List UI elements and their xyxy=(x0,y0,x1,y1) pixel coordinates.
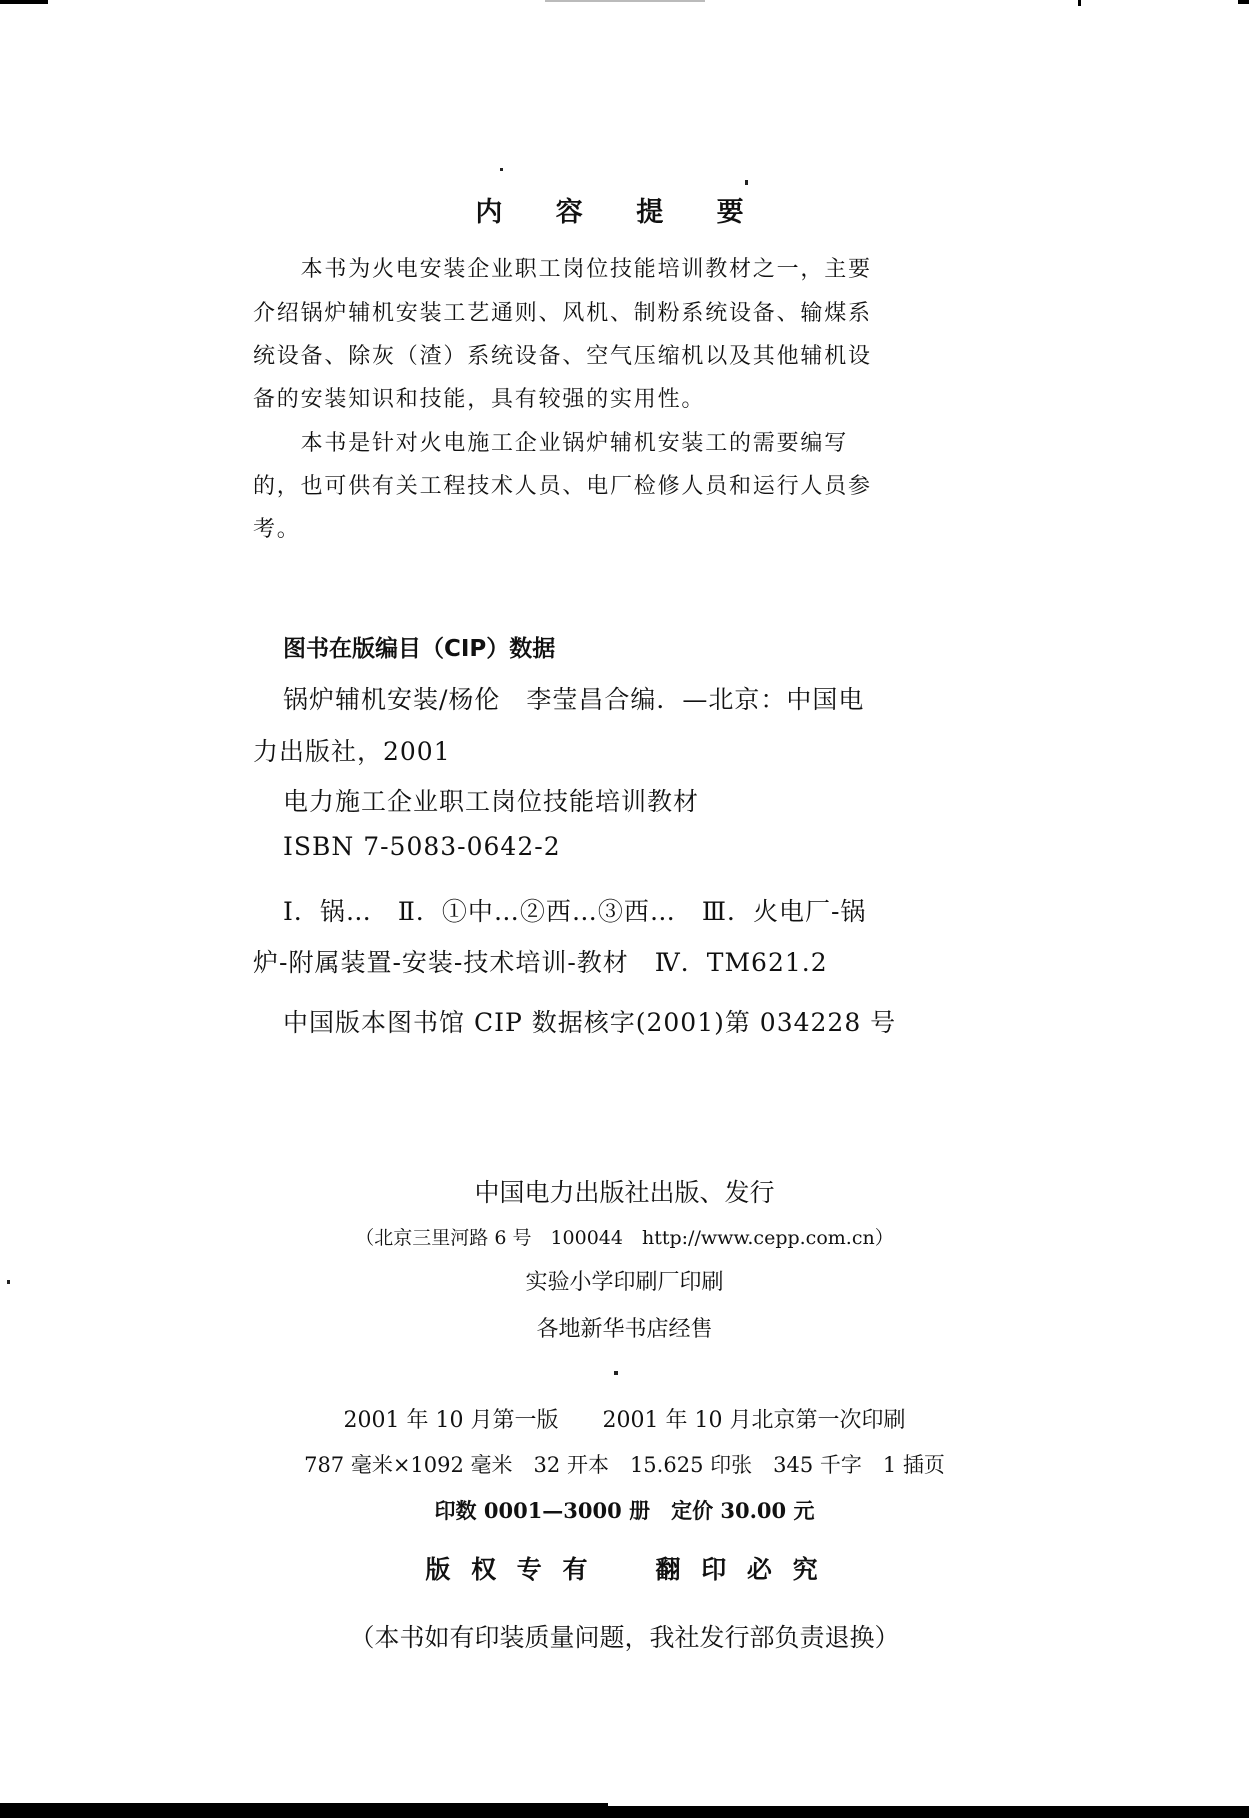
summary-title: 内 容 提 要 xyxy=(0,190,1249,229)
printer: 实验小学印刷厂印刷 xyxy=(0,1265,1249,1296)
print-run-price: 印数 0001—3000 册 定价 30.00 元 xyxy=(0,1495,1249,1525)
scan-edge-mark xyxy=(1078,0,1081,6)
scan-bottom-bar xyxy=(0,1806,1249,1818)
scan-speck xyxy=(745,180,748,185)
quality-note: （本书如有印装质量问题，我社发行部负责退换） xyxy=(0,1618,1249,1654)
summary-line: 统设备、除灰（渣）系统设备、空气压缩机以及其他辅机设 xyxy=(253,339,963,370)
copyright-notice: 版 权 专 有 翻 印 必 究 xyxy=(0,1550,1249,1586)
publisher-address: （北京三里河路 6 号 100044 http://www.cepp.com.c… xyxy=(0,1223,1249,1250)
publisher: 中国电力出版社出版、发行 xyxy=(0,1173,1249,1209)
summary-line: 考。 xyxy=(253,512,963,543)
summary-line: 介绍锅炉辅机安装工艺通则、风机、制粉系统设备、输煤系 xyxy=(253,296,963,327)
summary-line: 本书为火电安装企业职工岗位技能培训教材之一，主要 xyxy=(253,252,963,283)
summary-line: 的，也可供有关工程技术人员、电厂检修人员和运行人员参 xyxy=(253,469,963,500)
summary-line: 备的安装知识和技能，具有较强的实用性。 xyxy=(253,382,963,413)
cip-line: 炉-附属装置-安装-技术培训-教材 Ⅳ．TM621.2 xyxy=(253,943,828,979)
cip-approval-number: 中国版本图书馆 CIP 数据核字(2001)第 034228 号 xyxy=(283,1003,896,1039)
cip-line: 锅炉辅机安装/杨伦 李莹昌合编．—北京：中国电 xyxy=(283,680,864,716)
scan-speck xyxy=(614,1371,618,1375)
isbn: ISBN 7-5083-0642-2 xyxy=(283,832,561,861)
scan-speck xyxy=(500,168,503,171)
scan-edge-mark xyxy=(0,0,48,4)
book-copyright-page: 内 容 提 要 本书为火电安装企业职工岗位技能培训教材之一，主要 介绍锅炉辅机安… xyxy=(0,0,1249,1818)
summary-title-text: 内 容 提 要 xyxy=(475,197,765,228)
summary-line: 本书是针对火电施工企业锅炉辅机安装工的需要编写 xyxy=(253,426,963,457)
cip-line: Ⅰ．锅… Ⅱ．①中…②西…③西… Ⅲ．火电厂-锅 xyxy=(283,892,866,928)
cip-heading: 图书在版编目（CIP）数据 xyxy=(283,630,555,663)
cip-line: 电力施工企业职工岗位技能培训教材 xyxy=(283,782,699,818)
edition-info: 2001 年 10 月第一版 2001 年 10 月北京第一次印刷 xyxy=(0,1403,1249,1434)
format-info: 787 毫米×1092 毫米 32 开本 15.625 印张 345 千字 1 … xyxy=(0,1449,1249,1479)
cip-line: 力出版社，2001 xyxy=(253,732,451,768)
scan-edge-mark xyxy=(1238,0,1249,4)
distributor: 各地新华书店经售 xyxy=(0,1312,1249,1343)
scan-edge-mark xyxy=(545,0,705,2)
